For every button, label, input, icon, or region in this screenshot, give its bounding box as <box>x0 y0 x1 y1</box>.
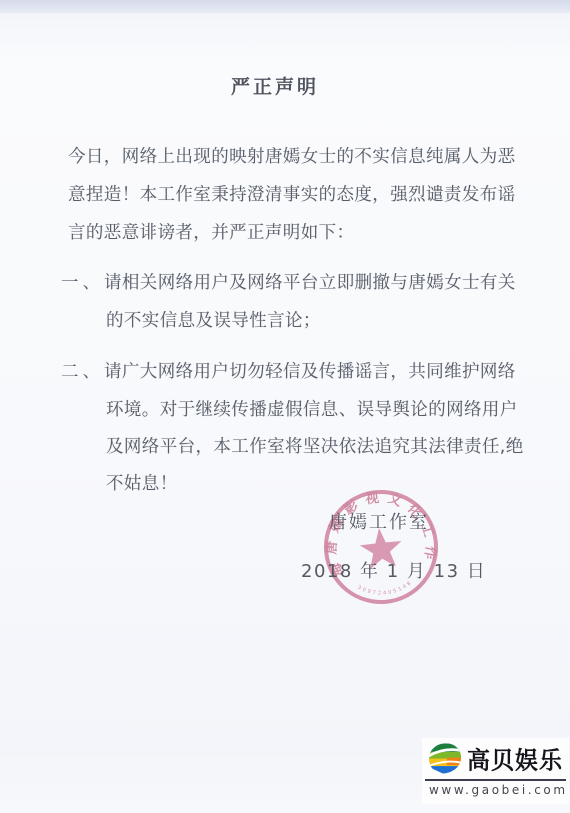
list-marker: 一、 <box>61 269 104 294</box>
watermark-brand-row: 高贝娱乐 <box>428 742 563 775</box>
statement-line: 请相关网络用户及网络平台立即删撤与唐嫣女士有关 <box>104 269 516 294</box>
statement-line: 及网络平台，本工作室将坚决依法追究其法律责任,绝 <box>106 433 524 458</box>
statement-line: 不姑息！ <box>106 470 178 495</box>
scanned-statement-page: 严正声明 今日，网络上出现的映射唐嫣女士的不实信息纯属人为恶 意捏造！本工作室秉… <box>0 0 570 813</box>
page-title: 严正声明 <box>231 72 319 99</box>
scan-edge-artifact <box>0 0 570 13</box>
statement-line: 言的恶意诽谤者，并严正声明如下： <box>68 219 354 244</box>
watermark-brand-name: 高贝娱乐 <box>467 741 563 776</box>
studio-seal-stamp: 上海唐嫣影视文化工作室 30972405148 <box>311 477 451 617</box>
gaobei-shell-logo-icon <box>428 742 462 775</box>
signature-date: 2018 年 1 月 13 日 <box>301 557 486 583</box>
statement-line: 的不实信息及误导性言论； <box>106 307 321 332</box>
statement-line: 请广大网络用户切勿轻信及传播谣言，共同维护网络 <box>104 358 516 383</box>
statement-line: 今日，网络上出现的映射唐嫣女士的不实信息纯属人为恶 <box>68 143 516 168</box>
signature-studio-name: 唐嫣工作室 <box>329 508 429 534</box>
watermark-badge: 高贝娱乐 www.gaobei.com <box>422 738 569 804</box>
watermark-url: www.gaobei.com <box>429 783 568 797</box>
statement-line: 环境。对于继续传播虚假信息、误导舆论的网络用户 <box>106 396 518 421</box>
list-marker: 二、 <box>61 358 104 383</box>
watermark-divider <box>425 779 566 781</box>
statement-line: 意捏造！本工作室秉持澄清事实的态度，强烈谴责发布谣 <box>68 181 516 206</box>
